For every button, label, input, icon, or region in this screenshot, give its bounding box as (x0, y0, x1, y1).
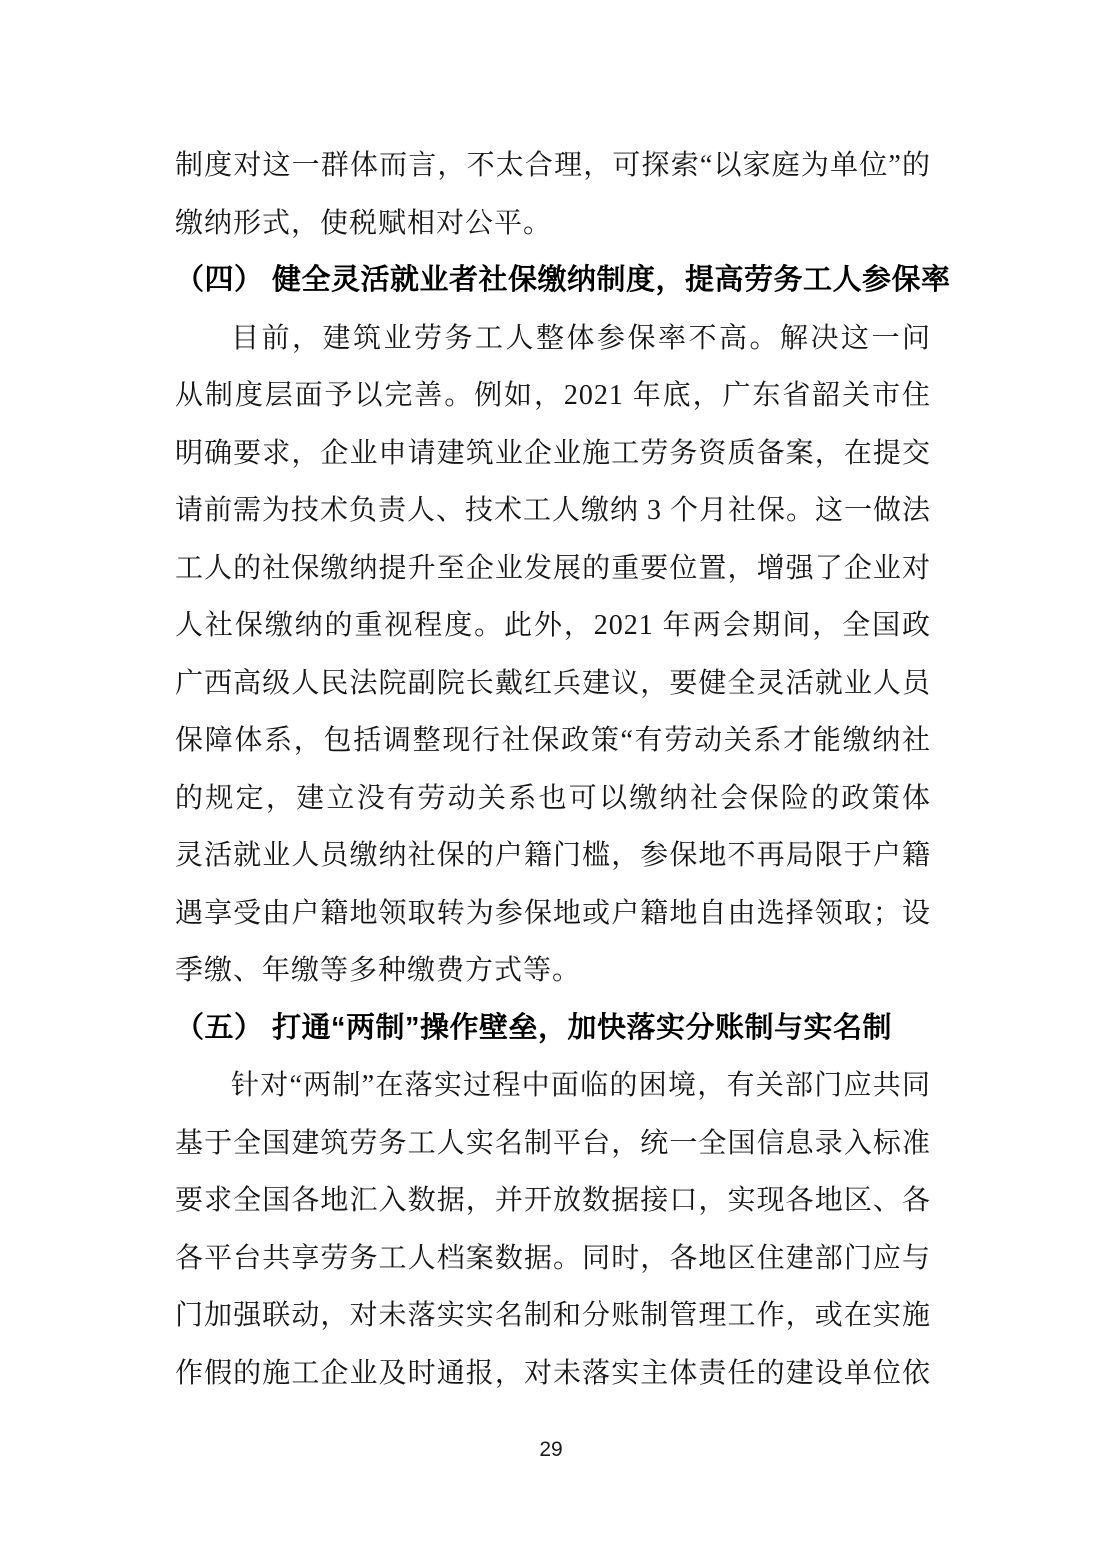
document-page: 制度对这一群体而言，不太合理，可探索“以家庭为单位”的个税缴纳形式，使税赋相对公… (0, 0, 1102, 1559)
body-text-line: 作假的施工企业及时通报，对未落实主体责任的建设单位依法予以 (175, 1345, 931, 1403)
body-text-line: 遇享受由户籍地领取转为参保地或户籍地自由选择领取；设计月缴、 (175, 885, 931, 943)
section-heading: （五） 打通“两制”操作壁垒，加快落实分账制与实名制 (175, 1000, 931, 1058)
body-text-line: 要求全国各地汇入数据，并开放数据接口，实现各地区、各部门、 (175, 1172, 931, 1230)
body-text-line: 明确要求，企业申请建筑业企业施工劳务资质备案，在提交备案申 (175, 425, 931, 483)
body-text-line: 针对“两制”在落实过程中面临的困境，有关部门应共同谋划， (175, 1057, 931, 1115)
body-text-line: 的规定，建立没有劳动关系也可以缴纳社会保险的政策体系；破除 (175, 770, 931, 828)
body-text-line: 基于全国建筑劳务工人实名制平台，统一全国信息录入标准与形式， (175, 1115, 931, 1173)
section-heading: （四） 健全灵活就业者社保缴纳制度，提高劳务工人参保率 (175, 252, 931, 310)
body-text-line: 人社保缴纳的重视程度。此外，2021 年两会期间，全国政协委员、 (175, 597, 931, 655)
document-text-content: 制度对这一群体而言，不太合理，可探索“以家庭为单位”的个税缴纳形式，使税赋相对公… (175, 137, 931, 1402)
body-text-line: 广西高级人民法院副院长戴红兵建议，要健全灵活就业人员的社会 (175, 655, 931, 713)
body-text-line: 保障体系，包括调整现行社保政策“有劳动关系才能缴纳社会保险” (175, 712, 931, 770)
body-text-line: 工人的社保缴纳提升至企业发展的重要位置，增强了企业对建筑工 (175, 540, 931, 598)
body-text-line: 灵活就业人员缴纳社保的户籍门槛，参保地不再局限于户籍地，待 (175, 827, 931, 885)
body-text-line: 制度对这一群体而言，不太合理，可探索“以家庭为单位”的个税 (175, 137, 931, 195)
body-text-line: 请前需为技术负责人、技术工人缴纳 3 个月社保。这一做法把建筑 (175, 482, 931, 540)
body-text-line: 各平台共享劳务工人档案数据。同时，各地区住建部门应与人社部 (175, 1230, 931, 1288)
body-text-line: 季缴、年缴等多种缴费方式等。 (175, 942, 931, 1000)
body-text-line: 门加强联动，对未落实实名制和分账制管理工作，或在实施中弄虚 (175, 1287, 931, 1345)
page-number: 29 (0, 1438, 1102, 1462)
body-text-line: 缴纳形式，使税赋相对公平。 (175, 195, 931, 253)
body-text-line: 从制度层面予以完善。例如，2021 年底，广东省韶关市住建管理局 (175, 367, 931, 425)
body-text-line: 目前，建筑业劳务工人整体参保率不高。解决这一问题，还需 (175, 310, 931, 368)
